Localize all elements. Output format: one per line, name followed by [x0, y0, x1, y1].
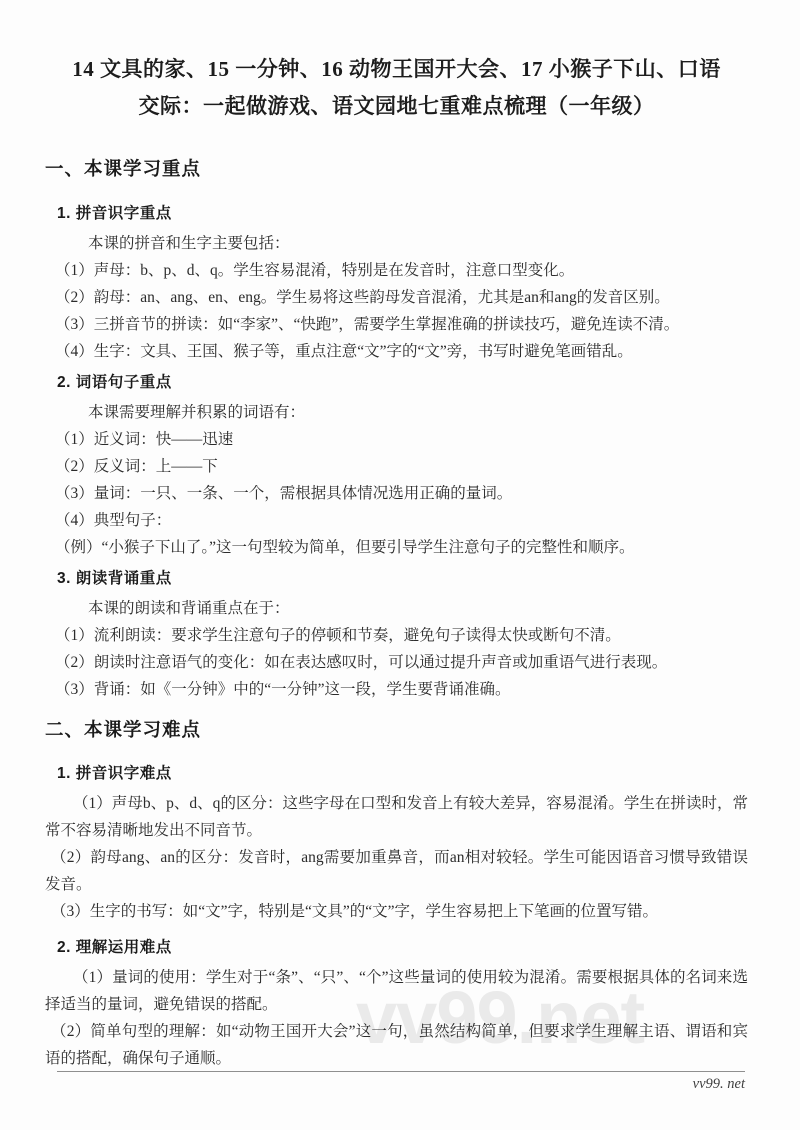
list-item: （3）背诵：如《一分钟》中的“一分钟”这一段，学生要背诵准确。: [45, 676, 748, 703]
footer-site-label: vv99. net: [57, 1072, 745, 1095]
list-item: （4）典型句子：: [45, 507, 748, 534]
subsection-heading-pinyin-key: 1. 拼音识字重点: [57, 204, 748, 224]
list-item: （1）声母：b、p、d、q。学生容易混淆，特别是在发音时，注意口型变化。: [45, 257, 748, 284]
list-item: （3）量词：一只、一条、一个，需根据具体情况选用正确的量词。: [45, 480, 748, 507]
paragraph: （2）韵母ang、an的区分：发音时，ang需要加重鼻音，而an相对较轻。学生可…: [45, 844, 748, 898]
list-item: （4）生字：文具、王国、猴子等，重点注意“文”字的“文”旁，书写时避免笔画错乱。: [45, 338, 748, 365]
subsection-intro: 本课需要理解并积累的词语有：: [45, 399, 748, 426]
list-item: （2）朗读时注意语气的变化：如在表达感叹时，可以通过提升声音或加重语气进行表现。: [45, 649, 748, 676]
subsection-heading-comprehension-difficulty: 2. 理解运用难点: [57, 938, 748, 958]
paragraph: （3）生字的书写：如“文”字，特别是“文具”的“文”字，学生容易把上下笔画的位置…: [45, 898, 748, 925]
page-title-line-2: 交际：一起做游戏、语文园地七重难点梳理（一年级）: [45, 88, 748, 125]
subsection-heading-words-sentences-key: 2. 词语句子重点: [57, 373, 748, 393]
section-heading-difficulties: 二、本课学习难点: [45, 719, 748, 741]
list-item: （1）近义词：快——迅速: [45, 426, 748, 453]
subsection-intro: 本课的拼音和生字主要包括：: [45, 230, 748, 257]
list-item: （1）流利朗读：要求学生注意句子的停顿和节奏，避免句子读得太快或断句不清。: [45, 622, 748, 649]
page-footer: vv99. net: [57, 1071, 745, 1095]
document-page: 14 文具的家、15 一分钟、16 动物王国开大会、17 小猴子下山、口语 交际…: [0, 0, 800, 1130]
list-item: （2）韵母：an、ang、en、eng。学生易将这些韵母发音混淆，尤其是an和a…: [45, 284, 748, 311]
paragraph: （1）量词的使用：学生对于“条”、“只”、“个”这些量词的使用较为混淆。需要根据…: [45, 964, 748, 1018]
list-item: （3）三拼音节的拼读：如“李家”、“快跑”，需要学生掌握准确的拼读技巧，避免连读…: [45, 311, 748, 338]
paragraph: （1）声母b、p、d、q的区分：这些字母在口型和发音上有较大差异，容易混淆。学生…: [45, 790, 748, 844]
paragraph: （2）简单句型的理解：如“动物王国开大会”这一句，虽然结构简单，但要求学生理解主…: [45, 1018, 748, 1072]
section-heading-key-points: 一、本课学习重点: [45, 158, 748, 180]
list-item: （2）反义词：上——下: [45, 453, 748, 480]
page-title-line-1: 14 文具的家、15 一分钟、16 动物王国开大会、17 小猴子下山、口语: [45, 51, 748, 88]
subsection-heading-reading-recitation-key: 3. 朗读背诵重点: [57, 569, 748, 589]
page-title: 14 文具的家、15 一分钟、16 动物王国开大会、17 小猴子下山、口语 交际…: [45, 51, 748, 125]
subsection-intro: 本课的朗读和背诵重点在于：: [45, 595, 748, 622]
subsection-heading-pinyin-difficulty: 1. 拼音识字难点: [57, 764, 748, 784]
list-item: （例）“小猴子下山了。”这一句型较为简单，但要引导学生注意句子的完整性和顺序。: [45, 534, 748, 561]
